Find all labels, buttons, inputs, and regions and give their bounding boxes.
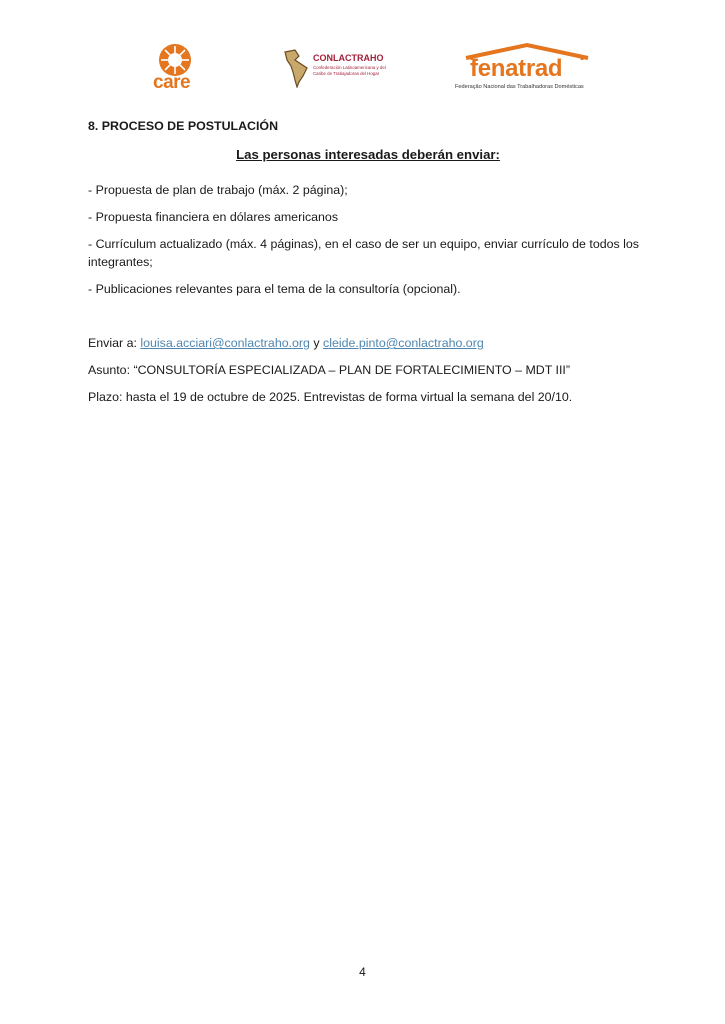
requirement-item: - Publicaciones relevantes para el tema …	[88, 280, 648, 298]
fenatrad-title: fenatrad	[470, 55, 562, 83]
page-number: 4	[0, 965, 725, 979]
document-body: 8. PROCESO DE POSTULACIÓN Las personas i…	[88, 118, 648, 406]
subject-line: Asunto: “CONSULTORÍA ESPECIALIZADA – PLA…	[88, 361, 648, 379]
header-logos: care CONLACTRAHO Confederación Latinoame…	[0, 40, 725, 100]
send-to-label: Enviar a:	[88, 336, 140, 350]
conlactraho-title: CONLACTRAHO	[313, 53, 384, 63]
send-to-connector: y	[310, 336, 323, 350]
fenatrad-subtitle: Federação Nacional das Trabalhadoras Dom…	[455, 84, 584, 90]
send-to-line: Enviar a: louisa.acciari@conlactraho.org…	[88, 334, 648, 352]
care-logo-text: care	[153, 72, 190, 94]
deadline-line: Plazo: hasta el 19 de octubre de 2025. E…	[88, 388, 648, 406]
section-subheading: Las personas interesadas deberán enviar:	[88, 146, 648, 168]
americas-map-icon	[283, 48, 311, 88]
requirement-item: - Propuesta financiera en dólares americ…	[88, 208, 648, 226]
email-link-louisa[interactable]: louisa.acciari@conlactraho.org	[140, 336, 310, 350]
fenatrad-logo: fenatrad Federação Nacional das Trabalha…	[458, 40, 598, 100]
conlactraho-logo: CONLACTRAHO Confederación Latinoamerican…	[283, 48, 403, 92]
conlactraho-subtitle: Confederación Latinoamericana y del Cari…	[313, 65, 393, 76]
requirement-item: - Currículum actualizado (máx. 4 páginas…	[88, 235, 648, 271]
care-logo: care	[150, 42, 210, 98]
section-heading: 8. PROCESO DE POSTULACIÓN	[88, 118, 648, 136]
email-link-cleide[interactable]: cleide.pinto@conlactraho.org	[323, 336, 484, 350]
requirement-item: - Propuesta de plan de trabajo (máx. 2 p…	[88, 181, 648, 199]
